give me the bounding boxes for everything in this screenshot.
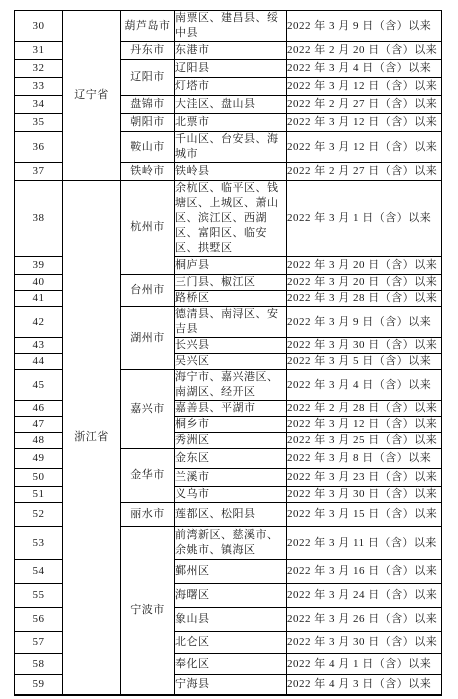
date-cell: 2022 年 3 月 9 日（含）以来 [287,11,442,42]
row-number-cell: 44 [15,354,63,370]
row-number-cell: 40 [15,275,63,291]
districts-cell: 桐庐县 [175,257,287,275]
date-cell: 2022 年 3 月 23 日（含）以来 [287,469,442,487]
row-number-cell: 31 [15,42,63,60]
districts-cell: 奉化区 [175,654,287,675]
districts-cell: 鄞州区 [175,560,287,584]
districts-cell: 金东区 [175,449,287,469]
region-start-date-table: 30辽宁省葫芦岛市南票区、建昌县、绥中县2022 年 3 月 9 日（含）以来3… [14,10,442,696]
districts-cell: 余杭区、临平区、钱塘区、上城区、萧山区、滨江区、西湖区、富阳区、临安区、拱墅区 [175,181,287,257]
date-cell: 2022 年 3 月 12 日（含）以来 [287,132,442,163]
row-number-cell: 48 [15,433,63,449]
districts-cell: 东港市 [175,42,287,60]
date-cell: 2022 年 4 月 3 日（含）以来 [287,675,442,695]
districts-cell: 桐乡市 [175,417,287,433]
row-number-cell: 46 [15,401,63,417]
districts-cell: 铁岭县 [175,163,287,181]
row-number-cell: 59 [15,675,63,695]
row-number-cell: 30 [15,11,63,42]
city-cell: 丽水市 [121,503,175,527]
city-cell: 湖州市 [121,307,175,370]
city-cell: 嘉兴市 [121,370,175,449]
districts-cell: 象山县 [175,608,287,632]
date-cell: 2022 年 3 月 8 日（含）以来 [287,449,442,469]
row-number-cell: 41 [15,291,63,307]
city-cell: 鞍山市 [121,132,175,163]
districts-cell: 义乌市 [175,487,287,503]
table-body: 30辽宁省葫芦岛市南票区、建昌县、绥中县2022 年 3 月 9 日（含）以来3… [15,11,442,695]
row-number-cell: 47 [15,417,63,433]
city-cell: 杭州市 [121,181,175,275]
districts-cell: 北票市 [175,114,287,132]
row-number-cell: 49 [15,449,63,469]
row-number-cell: 58 [15,654,63,675]
row-number-cell: 53 [15,527,63,560]
date-cell: 2022 年 3 月 30 日（含）以来 [287,632,442,654]
row-number-cell: 51 [15,487,63,503]
districts-cell: 灯塔市 [175,78,287,96]
row-number-cell: 43 [15,338,63,354]
city-cell: 葫芦岛市 [121,11,175,42]
row-number-cell: 32 [15,60,63,78]
row-number-cell: 50 [15,469,63,487]
row-number-cell: 45 [15,370,63,401]
districts-cell: 莲都区、松阳县 [175,503,287,527]
date-cell: 2022 年 3 月 12 日（含）以来 [287,78,442,96]
districts-cell: 宁海县 [175,675,287,695]
date-cell: 2022 年 2 月 28 日（含）以来 [287,401,442,417]
row-number-cell: 52 [15,503,63,527]
districts-cell: 辽阳县 [175,60,287,78]
date-cell: 2022 年 3 月 24 日（含）以来 [287,584,442,608]
date-cell: 2022 年 3 月 12 日（含）以来 [287,417,442,433]
row-number-cell: 37 [15,163,63,181]
date-cell: 2022 年 4 月 1 日（含）以来 [287,654,442,675]
districts-cell: 三门县、椒江区 [175,275,287,291]
row-number-cell: 57 [15,632,63,654]
date-cell: 2022 年 3 月 12 日（含）以来 [287,114,442,132]
city-cell: 丹东市 [121,42,175,60]
table-row: 38浙江省杭州市余杭区、临平区、钱塘区、上城区、萧山区、滨江区、西湖区、富阳区、… [15,181,442,257]
date-cell: 2022 年 3 月 25 日（含）以来 [287,433,442,449]
city-cell: 宁波市 [121,527,175,695]
districts-cell: 长兴县 [175,338,287,354]
date-cell: 2022 年 2 月 20 日（含）以来 [287,42,442,60]
city-cell: 台州市 [121,275,175,307]
date-cell: 2022 年 3 月 11 日（含）以来 [287,527,442,560]
row-number-cell: 36 [15,132,63,163]
date-cell: 2022 年 3 月 4 日（含）以来 [287,370,442,401]
districts-cell: 海宁市、嘉兴港区、南湖区、经开区 [175,370,287,401]
table-row: 30辽宁省葫芦岛市南票区、建昌县、绥中县2022 年 3 月 9 日（含）以来 [15,11,442,42]
date-cell: 2022 年 3 月 20 日（含）以来 [287,275,442,291]
row-number-cell: 56 [15,608,63,632]
districts-cell: 德清县、南浔区、安吉县 [175,307,287,338]
document-page: 30辽宁省葫芦岛市南票区、建昌县、绥中县2022 年 3 月 9 日（含）以来3… [14,10,442,696]
row-number-cell: 34 [15,96,63,114]
districts-cell: 大洼区、盘山县 [175,96,287,114]
date-cell: 2022 年 3 月 28 日（含）以来 [287,291,442,307]
date-cell: 2022 年 3 月 20 日（含）以来 [287,257,442,275]
districts-cell: 嘉善县、平湖市 [175,401,287,417]
districts-cell: 吴兴区 [175,354,287,370]
province-cell: 辽宁省 [63,11,121,181]
date-cell: 2022 年 2 月 27 日（含）以来 [287,163,442,181]
row-number-cell: 42 [15,307,63,338]
date-cell: 2022 年 3 月 30 日（含）以来 [287,487,442,503]
date-cell: 2022 年 3 月 26 日（含）以来 [287,608,442,632]
city-cell: 铁岭市 [121,163,175,181]
date-cell: 2022 年 3 月 15 日（含）以来 [287,503,442,527]
districts-cell: 海曙区 [175,584,287,608]
row-number-cell: 33 [15,78,63,96]
row-number-cell: 39 [15,257,63,275]
districts-cell: 南票区、建昌县、绥中县 [175,11,287,42]
province-cell: 浙江省 [63,181,121,695]
row-number-cell: 38 [15,181,63,257]
districts-cell: 前湾新区、慈溪市、余姚市、镇海区 [175,527,287,560]
city-cell: 朝阳市 [121,114,175,132]
date-cell: 2022 年 3 月 9 日（含）以来 [287,307,442,338]
districts-cell: 路桥区 [175,291,287,307]
city-cell: 盘锦市 [121,96,175,114]
row-number-cell: 55 [15,584,63,608]
row-number-cell: 35 [15,114,63,132]
date-cell: 2022 年 3 月 30 日（含）以来 [287,338,442,354]
districts-cell: 千山区、台安县、海城市 [175,132,287,163]
city-cell: 金华市 [121,449,175,503]
date-cell: 2022 年 3 月 1 日（含）以来 [287,181,442,257]
districts-cell: 兰溪市 [175,469,287,487]
date-cell: 2022 年 2 月 27 日（含）以来 [287,96,442,114]
city-cell: 辽阳市 [121,60,175,96]
row-number-cell: 54 [15,560,63,584]
date-cell: 2022 年 3 月 5 日（含）以来 [287,354,442,370]
districts-cell: 北仑区 [175,632,287,654]
date-cell: 2022 年 3 月 4 日（含）以来 [287,60,442,78]
districts-cell: 秀洲区 [175,433,287,449]
date-cell: 2022 年 3 月 16 日（含）以来 [287,560,442,584]
